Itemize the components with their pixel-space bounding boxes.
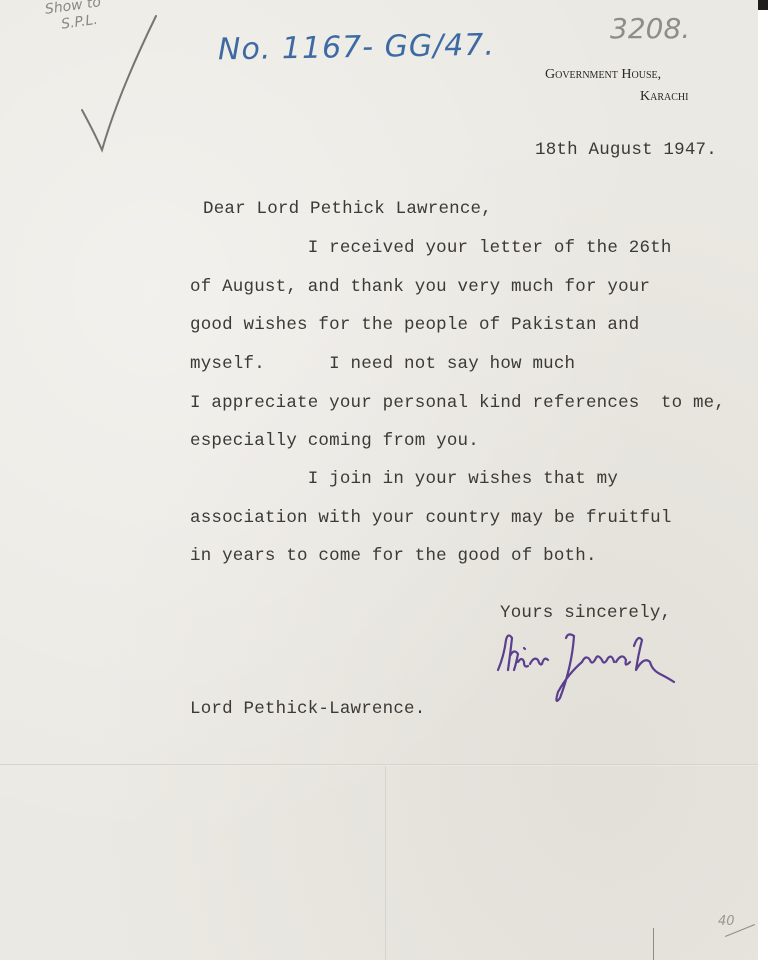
archive-number: 3208. bbox=[610, 12, 690, 45]
letterhead-line: Government House, bbox=[545, 67, 661, 82]
body-line: I received your letter of the 26th bbox=[190, 238, 672, 258]
body-line: I appreciate your personal kind referenc… bbox=[190, 393, 725, 413]
letterhead: Government House, Karachi bbox=[545, 64, 688, 108]
reference-number: No. 1167- GG/47. bbox=[218, 28, 495, 68]
addressee: Lord Pethick-Lawrence. bbox=[190, 699, 425, 719]
scan-background-corner bbox=[758, 0, 768, 10]
body-line: myself. I need not say how much bbox=[190, 354, 575, 374]
letter-date: 18th August 1947. bbox=[535, 140, 717, 160]
body-line: especially coming from you. bbox=[190, 431, 479, 451]
body-line: association with your country may be fru… bbox=[190, 508, 672, 528]
body-line: in years to come for the good of both. bbox=[190, 546, 597, 566]
body-line: good wishes for the people of Pakistan a… bbox=[190, 315, 639, 335]
fold-crease-vertical bbox=[385, 766, 386, 960]
letter-page: Show to S.P.L. No. 1167- GG/47. 3208. Go… bbox=[0, 0, 758, 960]
checkmark-icon bbox=[80, 14, 160, 156]
signature: M A Jinnah bbox=[488, 626, 688, 706]
letterhead-city: Karachi bbox=[545, 86, 688, 108]
closing: Yours sincerely, bbox=[500, 603, 671, 623]
page-number: 40 bbox=[718, 914, 735, 929]
body-line: of August, and thank you very much for y… bbox=[190, 277, 650, 297]
body-line: I join in your wishes that my bbox=[190, 469, 618, 489]
fold-crease-horizontal bbox=[0, 764, 758, 766]
salutation: Dear Lord Pethick Lawrence, bbox=[203, 199, 492, 219]
pencil-tick-mark bbox=[653, 928, 654, 960]
